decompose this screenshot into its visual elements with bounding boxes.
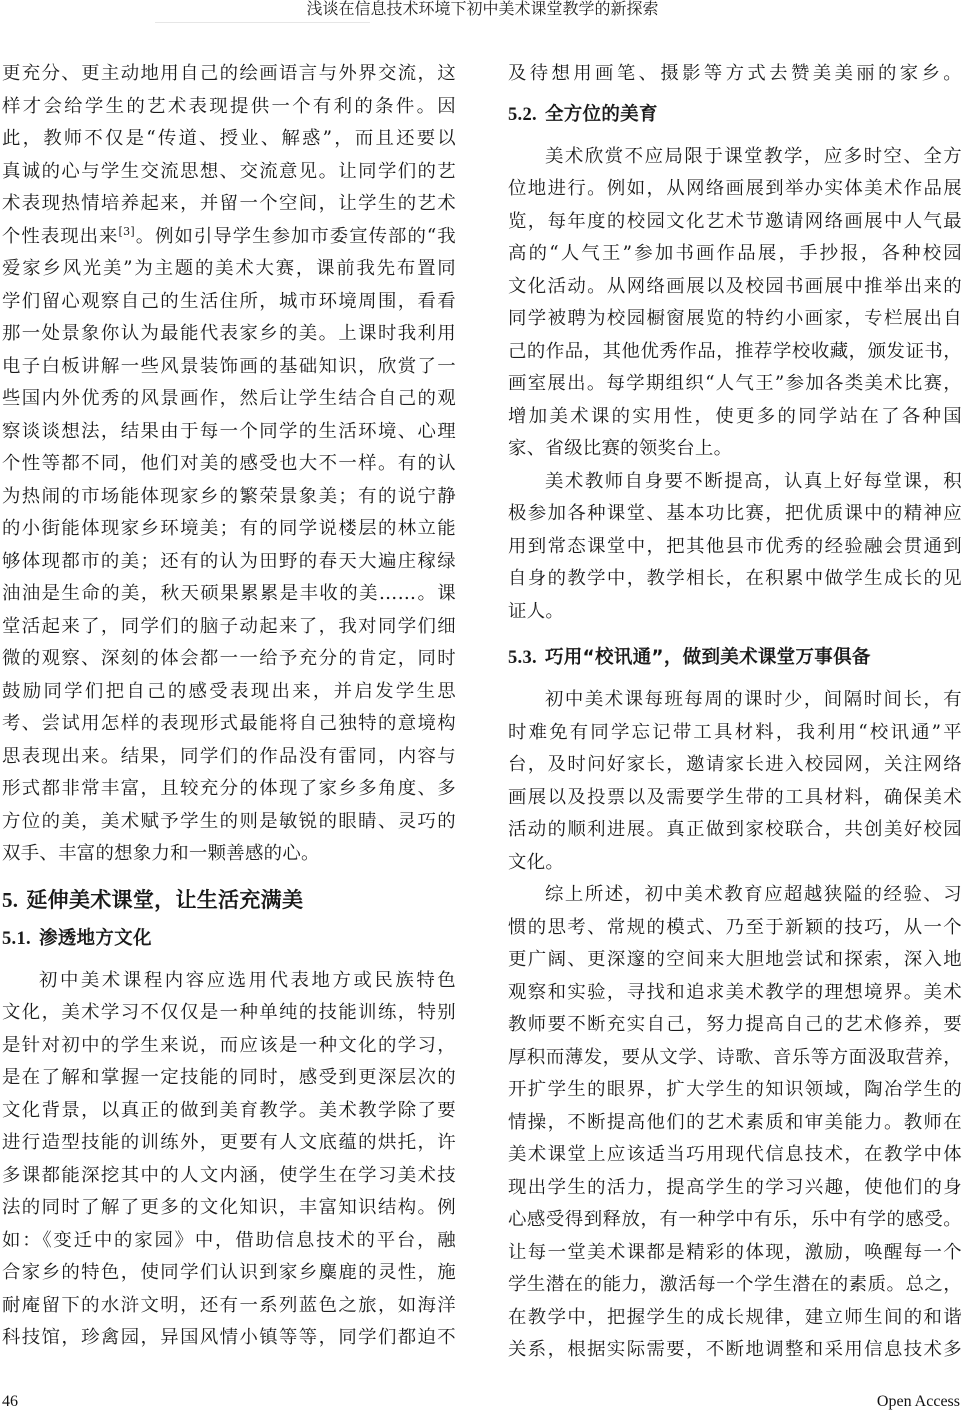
- section-title: 全方位的美育: [545, 104, 658, 125]
- text-line: 耐庵留下的水浒文明，还有一系列蓝色之旅，如海洋: [2, 1290, 456, 1323]
- text-line: 电子白板讲解一些风景装饰画的基础知识，欣赏了一: [2, 351, 456, 384]
- section-number: 5.1.: [2, 929, 31, 949]
- text-line: 己的作品，其他优秀作品，推荐学校收藏，颁发证书，: [508, 336, 962, 369]
- text-line: 够体现都市的美；还有的认为田野的春天大遍庄稼绿: [2, 546, 456, 579]
- text-line: 增加美术课的实用性，使更多的同学站在了各种国: [508, 401, 962, 434]
- text-line: 方位的美，美术赋予学生的则是敏锐的眼睛、灵巧的: [2, 806, 456, 839]
- section-heading-5: 5.延伸美术课堂，让生活充满美: [2, 885, 456, 915]
- text-line: 美术欣赏不应局限于课堂教学，应多时空、全方: [508, 141, 962, 174]
- text-line: 微的观察、深刻的体会都一一给予充分的肯定，同时: [2, 643, 456, 676]
- text-line: 初中美术课程内容应选用代表地方或民族特色: [2, 965, 456, 998]
- text-line: 文化，美术学习不仅仅是一种单纯的技能训练，特别: [2, 997, 456, 1030]
- text-line: 自身的教学中，教学相长，在积累中做学生成长的见: [508, 563, 962, 596]
- text-line: 证人。: [508, 596, 962, 629]
- paragraph-5-1: 初中美术课程内容应选用代表地方或民族特色 文化，美术学习不仅仅是一种单纯的技能训…: [2, 965, 456, 1355]
- running-title: 浅谈在信息技术环境下初中美术课堂教学的新探索: [0, 0, 965, 22]
- text-line: 堂活起来了，同学们的脑子动起来了，我对同学们细: [2, 611, 456, 644]
- section-number: 5.3.: [508, 648, 537, 668]
- left-column: 更充分、更主动地用自己的绘画语言与外界交流，这 样才会给学生的艺术表现提供一个有…: [2, 58, 456, 1355]
- text-line: 是针对初中的学生来说，而应该是一种文化的学习，: [2, 1030, 456, 1063]
- text-line: 在教学中，把握学生的成长规律，建立师生间的和谐: [508, 1302, 962, 1335]
- text-line: 及待想用画笔、摄影等方式去赞美美丽的家乡。: [508, 58, 962, 91]
- text-line: 合家乡的特色，使同学们认识到家乡麋鹿的灵性，施: [2, 1257, 456, 1290]
- subsection-heading-5-3: 5.3.巧用“校讯通”，做到美术课堂万事俱备: [508, 644, 962, 672]
- text-line: 考、尝试用怎样的表现形式最能将自己独特的意境构: [2, 708, 456, 741]
- paragraph-5-3: 初中美术课每班每周的课时少，间隔时间长，有 时难免有同学忘记带工具材料，我利用“…: [508, 684, 962, 879]
- text-line: 画室展出。每学期组织“人气王”参加各类美术比赛，: [508, 368, 962, 401]
- text-line: 爱家乡风光美”为主题的美术大赛，课前我先布置同: [2, 253, 456, 286]
- section-number: 5.: [2, 888, 18, 912]
- text-line: 些国内外优秀的风景画作，然后让学生结合自己的观: [2, 383, 456, 416]
- paragraph-5-2b: 美术教师自身要不断提高，认真上好每堂课，积 极参加各种课堂、基本功比赛，把优质课…: [508, 466, 962, 629]
- text-line: 厚积而薄发，要从文学、诗歌、音乐等方面汲取营养，: [508, 1042, 962, 1075]
- text-fragment: 。例如引导学生参加市委宣传部的“我: [135, 226, 456, 247]
- text-line-with-citation: 个性表现出来[3]。例如引导学生参加市委宣传部的“我: [2, 221, 456, 254]
- paragraph-continued: 及待想用画笔、摄影等方式去赞美美丽的家乡。: [508, 58, 962, 91]
- text-line: 油油是生命的美，秋天硕果累累是丰收的美……。课: [2, 578, 456, 611]
- text-line: 初中美术课每班每周的课时少，间隔时间长，有: [508, 684, 962, 717]
- subsection-heading-5-2: 5.2.全方位的美育: [508, 101, 962, 129]
- text-line: 更充分、更主动地用自己的绘画语言与外界交流，这: [2, 58, 456, 91]
- text-fragment: 个性表现出来: [2, 226, 118, 247]
- text-line: 双手、丰富的想象力和一颗善感的心。: [2, 838, 456, 871]
- text-line: 活动的顺利进展。真正做到家校联合，共创美好校园: [508, 814, 962, 847]
- paragraph-5-2a: 美术欣赏不应局限于课堂教学，应多时空、全方 位地进行。例如，从网络画展到举办实体…: [508, 141, 962, 466]
- text-line: 学生潜在的能力，激活每一个学生潜在的素质。总之，: [508, 1269, 962, 1302]
- section-title: 巧用“校讯通”，做到美术课堂万事俱备: [545, 647, 871, 668]
- text-line: 真诚的心与学生交流思想、交流意见。让同学们的艺: [2, 156, 456, 189]
- text-line: 形式都非常丰富，且较充分的体现了家乡多角度、多: [2, 773, 456, 806]
- text-line: 样才会给学生的艺术表现提供一个有利的条件。因: [2, 91, 456, 124]
- text-line: 此，教师不仅是“传道、授业、解惑”，而且还要以: [2, 123, 456, 156]
- text-line: 美术教师自身要不断提高，认真上好每堂课，积: [508, 466, 962, 499]
- section-title: 延伸美术课堂，让生活充满美: [26, 888, 303, 912]
- citation-ref[interactable]: [3]: [118, 224, 134, 237]
- text-line: 开扩学生的眼界，扩大学生的知识领域，陶冶学生的: [508, 1074, 962, 1107]
- text-line: 现出学生的活力，提高学生的学习兴趣，使他们的身: [508, 1172, 962, 1205]
- text-line: 科技馆，珍禽园，异国风情小镇等等，同学们都迫不: [2, 1322, 456, 1355]
- text-line: 进行造型技能的训练外，更要有人文底蕴的烘托，许: [2, 1127, 456, 1160]
- text-line: 台，及时问好家长，邀请家长进入校园网，关注网络: [508, 749, 962, 782]
- text-line: 那一处景象你认为最能代表家乡的美。上课时我利用: [2, 318, 456, 351]
- text-line: 用到常态课堂中，把其他县市优秀的经验融会贯通到: [508, 531, 962, 564]
- text-line: 综上所述，初中美术教育应超越狭隘的经验、习: [508, 879, 962, 912]
- text-line: 为热闹的市场能体现家乡的繁荣景象美；有的说宁静: [2, 481, 456, 514]
- section-title: 渗透地方文化: [39, 928, 152, 949]
- text-line: 同学被聘为校园橱窗展览的特约小画家，专栏展出自: [508, 303, 962, 336]
- section-number: 5.2.: [508, 105, 537, 125]
- text-line: 极参加各种课堂、基本功比赛，把优质课中的精神应: [508, 498, 962, 531]
- text-line: 术表现热情培养起来，并留一个空间，让学生的艺术: [2, 188, 456, 221]
- paragraph-summary: 综上所述，初中美术教育应超越狭隘的经验、习 惯的思考、常规的模式、乃至于新颖的技…: [508, 879, 962, 1367]
- text-line: 学们留心观察自己的生活住所，城市环境周围，看看: [2, 286, 456, 319]
- text-line: 思表现出来。结果，同学们的作品没有雷同，内容与: [2, 741, 456, 774]
- text-line: 如：《变迁中的家园》中，借助信息技术的平台，融: [2, 1225, 456, 1258]
- text-line: 个性等都不同，他们对美的感受也大不一样。有的认: [2, 448, 456, 481]
- right-column: 及待想用画笔、摄影等方式去赞美美丽的家乡。 5.2.全方位的美育 美术欣赏不应局…: [508, 58, 962, 1367]
- text-line: 更广阔、更深邃的空间来大胆地尝试和探索，深入地: [508, 944, 962, 977]
- text-line: 美术课堂上应该适当巧用现代信息技术，在教学中体: [508, 1139, 962, 1172]
- page-number: 46: [2, 1393, 18, 1411]
- text-line: 文化。: [508, 847, 962, 880]
- text-line: 位地进行。例如，从网络画展到举办实体美术作品展: [508, 173, 962, 206]
- text-line: 心感受得到释放，有一种学中有乐，乐中有学的感受。: [508, 1204, 962, 1237]
- text-line: 让每一堂美术课都是精彩的体现，激励，唤醒每一个: [508, 1237, 962, 1270]
- text-line: 览，每年度的校园文化艺术节邀请网络画展中人气最: [508, 206, 962, 239]
- text-line: 文化背景，以真正的做到美育教学。美术教学除了要: [2, 1095, 456, 1128]
- journal-label: Open Access: [877, 1393, 960, 1411]
- text-line: 关系，根据实际需要，不断地调整和采用信息技术多: [508, 1334, 962, 1367]
- text-line: 鼓励同学们把自己的感受表现出来，并启发学生思: [2, 676, 456, 709]
- paragraph-continued: 更充分、更主动地用自己的绘画语言与外界交流，这 样才会给学生的艺术表现提供一个有…: [2, 58, 456, 871]
- text-line: 时难免有同学忘记带工具材料，我利用“校讯通”平: [508, 717, 962, 750]
- text-line: 察谈谈想法，结果由于每一个同学的生活环境、心理: [2, 416, 456, 449]
- text-line: 惯的思考、常规的模式、乃至于新颖的技巧，从一个: [508, 912, 962, 945]
- text-line: 是在了解和掌握一定技能的同时，感受到更深层次的: [2, 1062, 456, 1095]
- text-line: 教师要不断充实自己，努力提高自己的艺术修养，要: [508, 1009, 962, 1042]
- text-line: 画展以及投票以及需要学生带的工具材料，确保美术: [508, 782, 962, 815]
- text-line: 的小街能体现家乡环境美；有的同学说楼层的林立能: [2, 513, 456, 546]
- text-line: 多课都能深挖其中的人文内涵，使学生在学习美术技: [2, 1160, 456, 1193]
- subsection-heading-5-1: 5.1.渗透地方文化: [2, 925, 456, 953]
- text-line: 文化活动。从网络画展以及校园书画展中推举出来的: [508, 271, 962, 304]
- text-line: 观察和实验，寻找和追求美术教学的理想境界。美术: [508, 977, 962, 1010]
- header-rule: [155, 22, 370, 23]
- text-line: 法的同时了解了更多的文化知识，丰富知识结构。例: [2, 1192, 456, 1225]
- text-line: 高的“人气王”参加书画作品展，手抄报，各种校园: [508, 238, 962, 271]
- text-line: 家、省级比赛的领奖台上。: [508, 433, 962, 466]
- text-line: 情操，不断提高他们的艺术素质和审美能力。教师在: [508, 1107, 962, 1140]
